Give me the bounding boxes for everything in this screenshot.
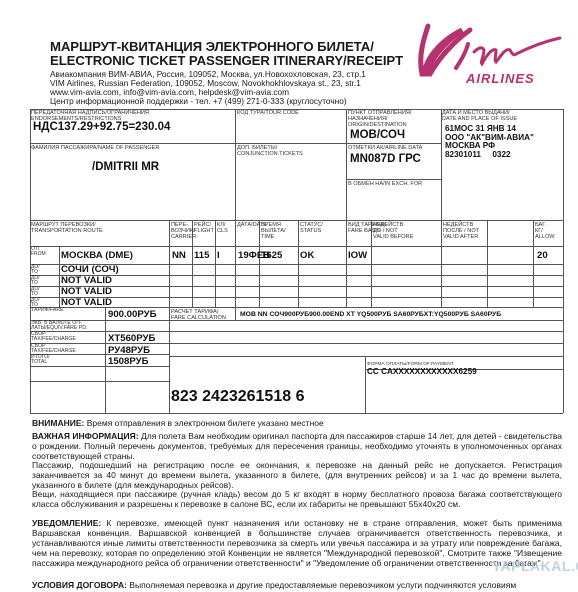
notice-paragraph: УВЕДОМЛЕНИЕ: К перевозке, имеющей пункт … [32,518,562,568]
column-header-route: МАРШРУТ ПЕРЕВОЗКИ/TRANSPORTATION ROUTE [31,222,103,234]
svg-text:AIRLINES: AIRLINES [465,71,535,86]
cell-time: 1625 [261,250,282,261]
row-prefix: ДО/TO [31,265,40,275]
origin-destination-label: ПУНКТ ОТПРАВЛЕНИЯ/НАЗНАЧЕНИЯ/ORIGIN/DEST… [348,110,411,129]
notice-paragraph: ВАЖНАЯ ИНФОРМАЦИЯ: Для полета Вам необхо… [32,431,562,461]
grid-line [563,356,564,413]
column-header-nvb: НЕДЕЙСТВДО / NOTVALID BEFORE [373,222,413,241]
column-header-nva: НЕДЕЙСТВПОСЛЕ / NOTVALID AFTER [443,222,479,241]
notice-text: Пассажир, подошедший на регистрацию посл… [32,460,562,490]
grid-line [30,246,563,247]
grid-line [346,179,441,180]
row-prefix: ДО/TO [31,276,40,286]
notice-paragraph: ВНИМАНИЕ: Время отправления в электронно… [32,418,562,428]
support-phone: Центр информационной поддержки - тел. +7… [50,96,347,106]
issue-label: ДАТА И МЕСТО ВЫДАЧИ/DATE AND PLACE OF IS… [442,110,517,122]
endorsements-value: НДС137.29+92.75=230.04 [33,121,170,133]
notice-text: Вещи, находящиеся при пассажире (ручная … [32,489,562,509]
airline-data-label: ОТМЕТКИ АК/AIRLINE DATA [348,145,422,151]
total-label: ИТОГО/TOTAL [31,355,50,366]
grid-line [563,109,564,356]
grid-line [30,413,365,414]
conjunction-label: ДОП. БИЛЕТЫ/CONJUNCTION TICKETS [237,145,303,157]
cell-route: СОЧИ (СОЧ) [61,264,119,275]
grid-line [30,381,169,382]
grid-line [441,109,442,220]
column-header-cls: КЛ/CLS [217,222,228,234]
cell-route: МОСКВА (DME) [61,250,133,261]
column-header-allow: БАГ.КГ/ALLOW [535,222,555,241]
tour-code-label: КОД ТУРА/TOUR CODE [237,110,299,116]
cell-flight: 115 [194,250,209,261]
notice-text: К перевозке, имеющей пункт назначения ил… [32,518,562,568]
cell-fare-basis: IOW [348,250,367,261]
fare-calculation-label: РАСЧЕТ ТАРИФА/FARE CALCULATION [171,309,226,321]
grid-line [30,220,563,221]
grid-line [169,320,563,321]
cell-route: NOT VALID [61,275,112,286]
cell-route: NOT VALID [61,297,112,308]
cell-route: NOT VALID [61,286,112,297]
fare-amount-value: 900.00РУБ [108,309,156,320]
tax-1-value: XT560РУБ [108,333,155,344]
title-ru: МАРШРУТ-КВИТАНЦИЯ ЭЛЕКТРОННОГО БИЛЕТА/ [50,40,403,54]
fare-amount-label: ТАРИФ/FARE [31,308,64,313]
notice-title: УВЕДОМЛЕНИЕ: [32,518,101,528]
notice-title: ВАЖНАЯ ИНФОРМАЦИЯ: [32,431,139,441]
grid-line [169,307,170,413]
cell-allow: 20 [537,250,548,261]
passenger-name: /DMITRII MR [92,161,159,173]
grid-line [365,413,563,414]
notice-paragraph: Пассажир, подошедший на регистрацию посл… [32,460,562,490]
grid-line [365,356,366,413]
title-en: ELECTRONIC TICKET PASSENGER ITINERARY/RE… [50,54,403,68]
notice-paragraph: УСЛОВИЯ ДОГОВОРА: Выполняемая перевозка … [32,580,562,590]
cell-carrier: NN [172,250,186,261]
notice-text: Выполняемая перевозка и другие предостав… [127,580,516,590]
notice-paragraph: Вещи, находящиеся при пассажире (ручная … [32,489,562,509]
notice-text: Время отправления в электронном билете у… [84,418,323,428]
vim-airlines-logo: AIRLINES [410,16,570,86]
grid-line [346,109,347,220]
grid-line [169,343,563,344]
grid-line [235,109,236,220]
grid-line [235,307,236,320]
total-value: 1508РУБ [108,356,148,367]
notice-title: ВНИМАНИЕ: [32,418,84,428]
grid-line [169,331,563,332]
column-header-flight: РЕЙС/FLIGHT [194,222,214,234]
row-prefix: ОТ/FROM [31,247,46,257]
form-of-payment-value: CC CAXXXXXXXXXXXX6259 [367,367,477,376]
document-title: МАРШРУТ-КВИТАНЦИЯ ЭЛЕКТРОННОГО БИЛЕТА/ E… [50,40,403,68]
row-prefix: ДО/TO [31,287,40,297]
column-header-carrier: ПЕРЕ-ВОЗЧИК/CARRIER [171,222,196,241]
tax-1-label: СБОРTAX/FEE/CHARGE [31,332,76,343]
grid-line [30,109,31,413]
airline-data-value: MN087D ГРС [350,153,421,165]
exchange-label: В ОБМЕН НА/IN EXCH. FOR [348,181,422,187]
cell-status: OK [300,250,314,261]
grid-line [169,356,563,357]
origin-destination-value: MOB/СОЧ [350,129,405,141]
column-header-time: ВРЕМЯВЫЛЕТА/TIME [261,222,286,241]
watermark: YAPLAKAL.COM [492,558,578,574]
issue-details: 61MOC 31 ЯНВ 14 ООО "АК"ВИМ-АВИА" МОСКВА… [445,125,534,159]
cell-cls: I [217,250,220,261]
fare-calculation-value: MOB NN СОЧ900РУБ900.00END XT YQ500РУБ SA… [240,311,501,318]
ticket-number: 823 2423261518 6 [171,388,304,406]
notice-title: УСЛОВИЯ ДОГОВОРА: [32,580,127,590]
column-header-status: СТАТУС/STATUS [300,222,323,234]
tax-2-value: РУ48РУБ [108,345,150,356]
passenger-label: ФАМИЛИЯ ПАССАЖИРА/NAME OF PASSENGER [31,145,159,151]
grid-line [105,307,106,413]
